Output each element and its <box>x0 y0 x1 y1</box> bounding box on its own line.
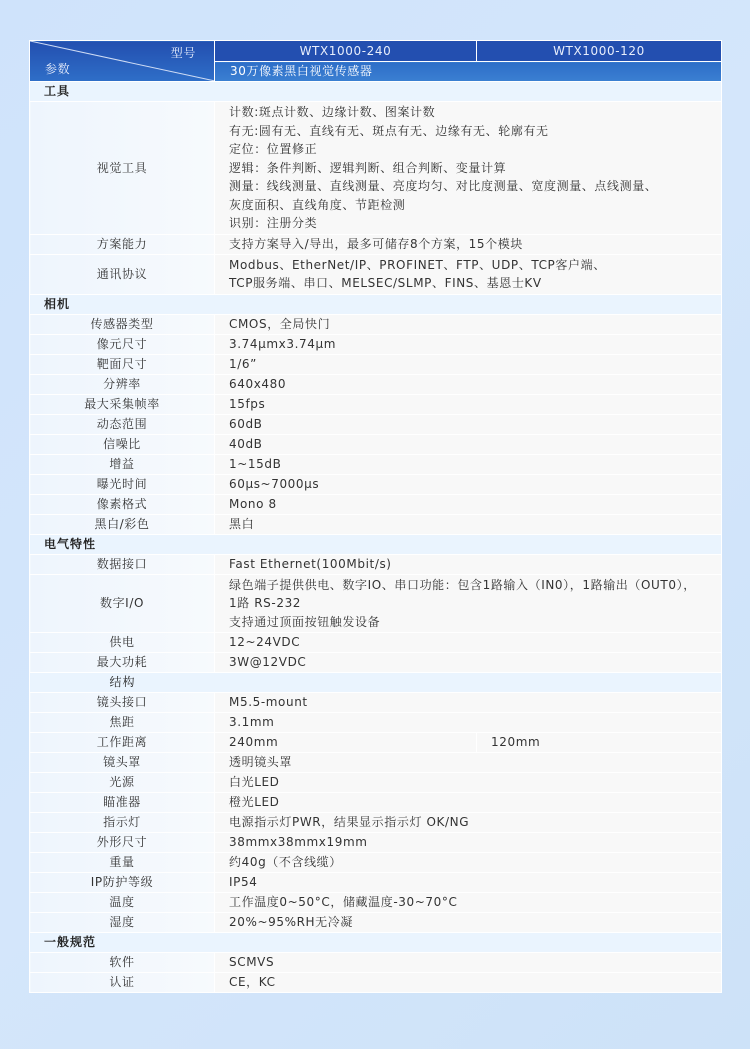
spec-value: 1~15dB <box>215 454 722 474</box>
header-corner: 型号 参数 <box>30 41 215 82</box>
spec-row: 最大功耗3W@12VDC <box>30 653 722 673</box>
spec-label: 镜头罩 <box>30 753 215 773</box>
spec-value: 12~24VDC <box>215 633 722 653</box>
spec-value: Modbus、EtherNet/IP、PROFINET、FTP、UDP、TCP客… <box>215 254 722 294</box>
spec-row: 镜头罩透明镜头罩 <box>30 753 722 773</box>
section-structure: 结构 <box>30 673 722 693</box>
spec-line: 识别：注册分类 <box>229 214 721 233</box>
spec-value: M5.5-mount <box>215 693 722 713</box>
spec-line: 支持通过顶面按钮触发设备 <box>229 613 721 632</box>
spec-value: Mono 8 <box>215 494 722 514</box>
spec-row: 认证CE，KC <box>30 973 722 993</box>
spec-label: 认证 <box>30 973 215 993</box>
spec-label: 像素格式 <box>30 494 215 514</box>
spec-row: 方案能力 支持方案导入/导出，最多可储存8个方案，15个模块 <box>30 234 722 254</box>
spec-value: 工作温度0~50°C，储藏温度-30~70°C <box>215 893 722 913</box>
section-title: 相机 <box>30 294 722 314</box>
spec-label: 数字I/O <box>30 574 215 633</box>
section-camera: 相机 <box>30 294 722 314</box>
spec-value: SCMVS <box>215 953 722 973</box>
spec-label: 分辨率 <box>30 374 215 394</box>
spec-value: 3.1mm <box>215 713 722 733</box>
spec-row: 瞄准器橙光LED <box>30 793 722 813</box>
spec-label: 曝光时间 <box>30 474 215 494</box>
spec-label: 视觉工具 <box>30 102 215 235</box>
spec-row: 外形尺寸38mmx38mmx19mm <box>30 833 722 853</box>
spec-value: 支持方案导入/导出，最多可储存8个方案，15个模块 <box>215 234 722 254</box>
spec-value: 60μs~7000μs <box>215 474 722 494</box>
spec-row: 增益1~15dB <box>30 454 722 474</box>
spec-line: 逻辑：条件判断、逻辑判断、组合判断、变量计算 <box>229 159 721 178</box>
spec-row: 通讯协议 Modbus、EtherNet/IP、PROFINET、FTP、UDP… <box>30 254 722 294</box>
spec-row: 光源白光LED <box>30 773 722 793</box>
spec-row: 数据接口Fast Ethernet(100Mbit/s) <box>30 554 722 574</box>
spec-label: 信噪比 <box>30 434 215 454</box>
spec-label: 最大采集帧率 <box>30 394 215 414</box>
section-title: 一般规范 <box>30 933 722 953</box>
spec-line: 有无:圆有无、直线有无、斑点有无、边缘有无、轮廓有无 <box>229 122 721 141</box>
spec-label: 温度 <box>30 893 215 913</box>
spec-label: 湿度 <box>30 913 215 933</box>
spec-row: 信噪比40dB <box>30 434 722 454</box>
spec-value: 计数:斑点计数、边缘计数、图案计数 有无:圆有无、直线有无、斑点有无、边缘有无、… <box>215 102 722 235</box>
spec-label: 重量 <box>30 853 215 873</box>
spec-row: 最大采集帧率15fps <box>30 394 722 414</box>
spec-row: 工作距离240mm120mm <box>30 733 722 753</box>
spec-row: 指示灯电源指示灯PWR，结果显示指示灯 OK/NG <box>30 813 722 833</box>
spec-value: Fast Ethernet(100Mbit/s) <box>215 554 722 574</box>
spec-label: 靶面尺寸 <box>30 354 215 374</box>
spec-line: 定位：位置修正 <box>229 140 721 159</box>
spec-value: 38mmx38mmx19mm <box>215 833 722 853</box>
spec-row: 湿度20%~95%RH无冷凝 <box>30 913 722 933</box>
spec-label: 动态范围 <box>30 414 215 434</box>
spec-value: 640x480 <box>215 374 722 394</box>
section-tools: 工具 <box>30 82 722 102</box>
spec-row: 软件SCMVS <box>30 953 722 973</box>
spec-line: 绿色端子提供供电、数字IO、串口功能：包含1路输入（IN0），1路输出（OUT0… <box>229 576 721 595</box>
section-title: 结构 <box>30 673 722 693</box>
section-title-text: 结构 <box>30 673 215 692</box>
section-title: 工具 <box>30 82 722 102</box>
spec-line: 测量：线线测量、直线测量、亮度均匀、对比度测量、宽度测量、点线测量、 <box>229 177 721 196</box>
model-name-b: WTX1000-120 <box>477 41 722 62</box>
spec-table: 型号 参数 WTX1000-240 WTX1000-120 30万像素黑白视觉传… <box>29 40 722 993</box>
spec-label: 像元尺寸 <box>30 334 215 354</box>
spec-value: 20%~95%RH无冷凝 <box>215 913 722 933</box>
spec-label: IP防护等级 <box>30 873 215 893</box>
spec-label: 外形尺寸 <box>30 833 215 853</box>
product-subtitle: 30万像素黑白视觉传感器 <box>215 62 722 82</box>
spec-row: 传感器类型CMOS，全局快门 <box>30 314 722 334</box>
spec-value: 电源指示灯PWR，结果显示指示灯 OK/NG <box>215 813 722 833</box>
spec-label: 传感器类型 <box>30 314 215 334</box>
spec-value-a: 240mm <box>215 733 477 753</box>
spec-value-b: 120mm <box>477 733 722 753</box>
spec-line: 计数:斑点计数、边缘计数、图案计数 <box>229 103 721 122</box>
spec-row: 黑白/彩色黑白 <box>30 514 722 534</box>
spec-value: 约40g（不含线缆） <box>215 853 722 873</box>
spec-line: TCP服务端、串口、MELSEC/SLMP、FINS、基恩士KV <box>229 274 721 293</box>
spec-label: 工作距离 <box>30 733 215 753</box>
spec-row: IP防护等级IP54 <box>30 873 722 893</box>
spec-row: 动态范围60dB <box>30 414 722 434</box>
spec-value: 1/6” <box>215 354 722 374</box>
spec-value: 透明镜头罩 <box>215 753 722 773</box>
spec-row: 视觉工具 计数:斑点计数、边缘计数、图案计数 有无:圆有无、直线有无、斑点有无、… <box>30 102 722 235</box>
spec-value: 橙光LED <box>215 793 722 813</box>
spec-row: 焦距3.1mm <box>30 713 722 733</box>
spec-value: 白光LED <box>215 773 722 793</box>
spec-label: 方案能力 <box>30 234 215 254</box>
spec-label: 软件 <box>30 953 215 973</box>
spec-value: 3.74μmx3.74μm <box>215 334 722 354</box>
param-label: 参数 <box>45 60 70 79</box>
spec-value: IP54 <box>215 873 722 893</box>
spec-label: 光源 <box>30 773 215 793</box>
spec-row: 供电12~24VDC <box>30 633 722 653</box>
section-general: 一般规范 <box>30 933 722 953</box>
spec-row: 数字I/O 绿色端子提供供电、数字IO、串口功能：包含1路输入（IN0），1路输… <box>30 574 722 633</box>
spec-label: 供电 <box>30 633 215 653</box>
spec-row: 曝光时间60μs~7000μs <box>30 474 722 494</box>
spec-value: CE，KC <box>215 973 722 993</box>
spec-line: 灰度面积、直线角度、节距检测 <box>229 196 721 215</box>
header-models-row: 型号 参数 WTX1000-240 WTX1000-120 <box>30 41 722 62</box>
spec-line: 1路 RS-232 <box>229 594 721 613</box>
spec-label: 数据接口 <box>30 554 215 574</box>
spec-row: 分辨率640x480 <box>30 374 722 394</box>
spec-value: 60dB <box>215 414 722 434</box>
spec-value: 40dB <box>215 434 722 454</box>
spec-value: 黑白 <box>215 514 722 534</box>
spec-row: 像元尺寸3.74μmx3.74μm <box>30 334 722 354</box>
spec-row: 镜头接口M5.5-mount <box>30 693 722 713</box>
spec-value: 15fps <box>215 394 722 414</box>
spec-label: 增益 <box>30 454 215 474</box>
spec-value: CMOS，全局快门 <box>215 314 722 334</box>
spec-label: 指示灯 <box>30 813 215 833</box>
spec-row: 温度工作温度0~50°C，储藏温度-30~70°C <box>30 893 722 913</box>
spec-label: 镜头接口 <box>30 693 215 713</box>
section-title: 电气特性 <box>30 534 722 554</box>
section-electrical: 电气特性 <box>30 534 722 554</box>
model-name-a: WTX1000-240 <box>215 41 477 62</box>
spec-line: Modbus、EtherNet/IP、PROFINET、FTP、UDP、TCP客… <box>229 256 721 275</box>
spec-value: 3W@12VDC <box>215 653 722 673</box>
spec-label: 通讯协议 <box>30 254 215 294</box>
spec-label: 焦距 <box>30 713 215 733</box>
spec-label: 瞄准器 <box>30 793 215 813</box>
spec-value: 绿色端子提供供电、数字IO、串口功能：包含1路输入（IN0），1路输出（OUT0… <box>215 574 722 633</box>
spec-label: 黑白/彩色 <box>30 514 215 534</box>
spec-row: 靶面尺寸1/6” <box>30 354 722 374</box>
spec-label: 最大功耗 <box>30 653 215 673</box>
model-label: 型号 <box>171 44 196 63</box>
spec-row: 重量约40g（不含线缆） <box>30 853 722 873</box>
spec-row: 像素格式Mono 8 <box>30 494 722 514</box>
